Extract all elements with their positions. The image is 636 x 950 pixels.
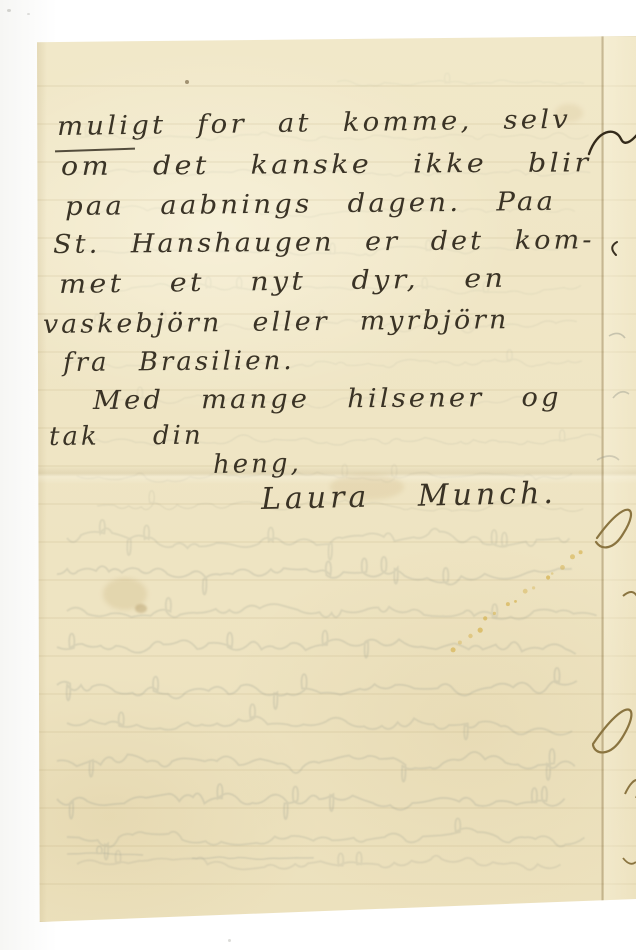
closing-line: Med mange hilsener og bbox=[93, 383, 562, 416]
letter-page: muligt for at komme, selv om det kanske … bbox=[37, 36, 636, 922]
handwritten-line: om det kanske ikke blir bbox=[61, 148, 592, 182]
scan-dust-speck bbox=[7, 9, 11, 12]
signature: Laura Munch. bbox=[261, 476, 558, 517]
ink-speck bbox=[185, 80, 189, 84]
handwritten-line: fra Brasilien. bbox=[63, 346, 295, 378]
scan-dust-speck bbox=[27, 13, 30, 15]
scan-background: muligt for at komme, selv om det kanske … bbox=[0, 0, 636, 950]
scan-dust-speck bbox=[228, 939, 231, 942]
handwritten-line: paa aabnings dagen. Paa bbox=[65, 187, 556, 222]
handwritten-line: met et nyt dyr, en bbox=[59, 264, 507, 300]
valediction: heng, bbox=[213, 448, 302, 480]
handwritten-line: vaskebjörn eller myrbjörn bbox=[43, 305, 510, 340]
paper-stain bbox=[135, 604, 147, 613]
closing-line: tak din bbox=[49, 421, 204, 452]
handwritten-line: St. Hanshaugen er det kom- bbox=[53, 225, 595, 260]
